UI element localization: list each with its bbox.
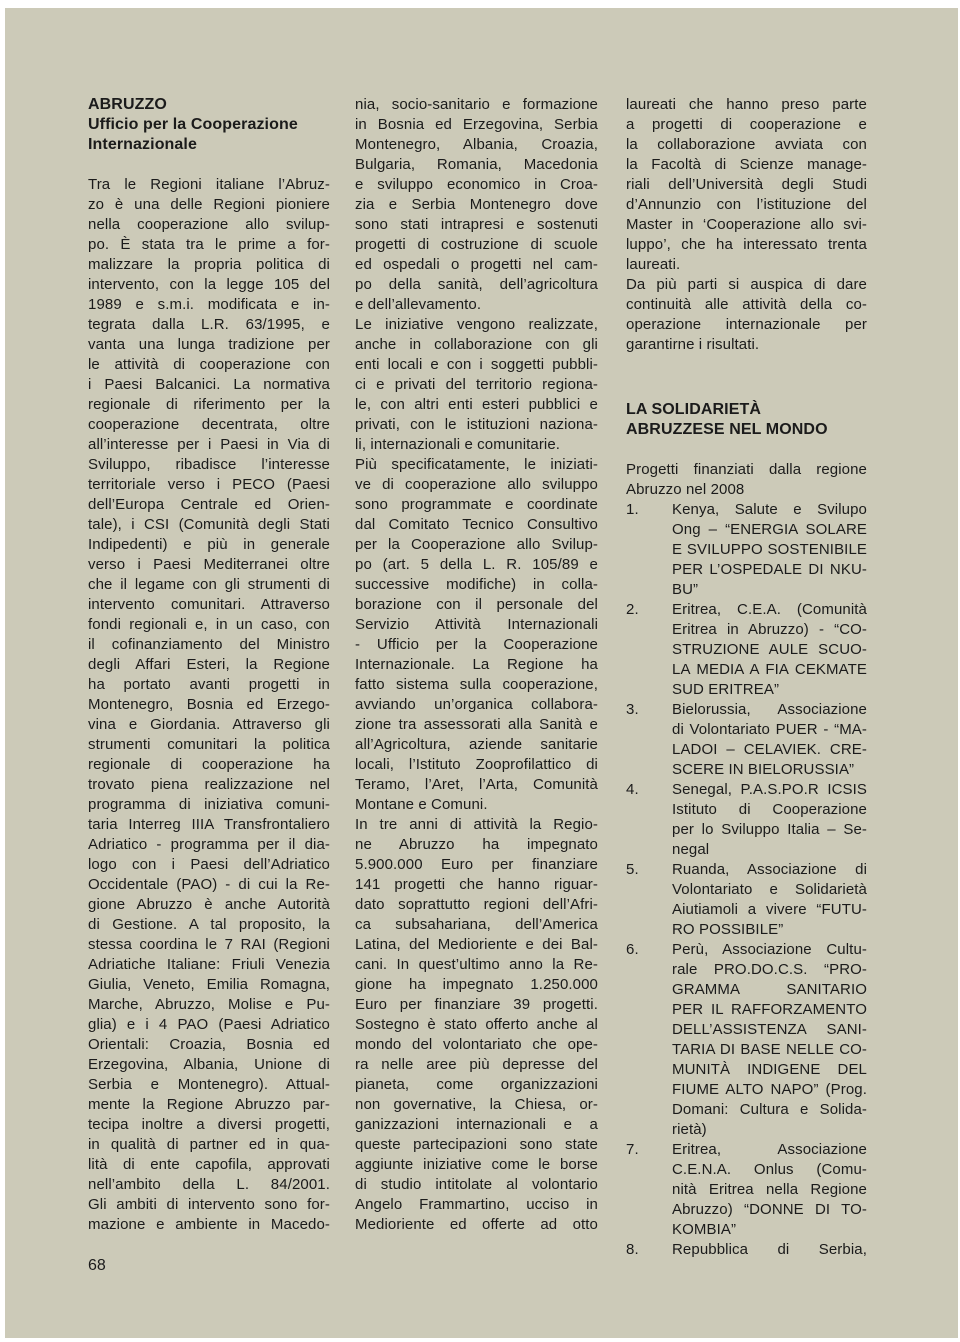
text-line: stessa coordina le 7 RAI (Regioni: [88, 935, 330, 955]
text-line: d’Annunzio con l’istituzione del: [626, 195, 867, 215]
text-line: LA MEDIA A FIA CEKMATE: [672, 660, 867, 680]
text-line: taria Interreg IIIA Transfrontaliero: [88, 815, 330, 835]
text-line: lità di ente capofila, approvati: [88, 1155, 330, 1175]
list-item-number: 8.: [626, 1240, 672, 1260]
text-column-1: ABRUZZOUfficio per la CooperazioneIntern…: [88, 95, 330, 1235]
text-line: Sostegno è stato offerto anche al: [355, 1015, 598, 1035]
text-line: sono stati intrapresi e sostenuti: [355, 215, 598, 235]
text-lines: Progetti finanziati dalla regioneAbruzzo…: [626, 460, 867, 500]
text-line: intervento comunitari. Attraverso: [88, 595, 330, 615]
text-line: locali, l’Istituto Zooprofilattico di: [355, 755, 598, 775]
text-line: Ong – “ENERGIA SOLARE: [672, 520, 867, 540]
text-line: rietà): [672, 1120, 867, 1140]
text-line: le attività di cooperazione con: [88, 355, 330, 375]
text-line: Abruzzo nel 2008: [626, 480, 867, 500]
text-line: laureati che hanno preso parte: [626, 95, 867, 115]
text-line: riali dell’Università degli Studi: [626, 175, 867, 195]
text-line: DELL’ASSISTENZA SANI-: [672, 1020, 867, 1040]
text-line: nità Eritrea nella Regione: [672, 1180, 867, 1200]
text-line: po (art. 5 della L. R. 105/89 e: [355, 555, 598, 575]
text-line: fondi regionali e, in un caso, con: [88, 615, 330, 635]
text-column-2: nia, socio-sanitario e formazionein Bosn…: [355, 95, 598, 1235]
list-item: 8.Repubblica di Serbia,: [626, 1240, 867, 1260]
text-lines: laureati che hanno preso partea progetti…: [626, 95, 867, 275]
text-line: logo con i Paesi dell’Adriatico: [88, 855, 330, 875]
text-line: pianeta, come organizzazioni: [355, 1075, 598, 1095]
list-item-number: 5.: [626, 860, 672, 940]
text-line: continuità alle attività della co-: [626, 295, 867, 315]
text-lines: LA SOLIDARIETÀABRUZZESE NEL MONDO: [626, 400, 867, 440]
text-line: in Bosnia ed Erzegovina, Serbia: [355, 115, 598, 135]
text-line: successive modifiche) in colla-: [355, 575, 598, 595]
text-line: mondo del volontariato che ope-: [355, 1035, 598, 1055]
text-line: Master in ‘Cooperazione allo svi-: [626, 215, 867, 235]
text-line: Domani: Cultura e Solida-: [672, 1100, 867, 1120]
text-line: tecipa inoltre a diversi progetti,: [88, 1115, 330, 1135]
text-line: Abruzzo) “DONNE DI TO-: [672, 1200, 867, 1220]
section-heading: LA SOLIDARIETÀABRUZZESE NEL MONDO: [626, 400, 867, 440]
text-line: all’Agricoltura, aziende sanitarie: [355, 735, 598, 755]
paragraph: In tre anni di attività la Regio-ne Abru…: [355, 815, 598, 1235]
text-line: zia e Serbia Montenegro dove: [355, 195, 598, 215]
text-line: strumenti comunitari la politica: [88, 735, 330, 755]
text-column-3: laureati che hanno preso partea progetti…: [626, 95, 867, 1260]
text-line: mente la Regione Abruzzo par-: [88, 1095, 330, 1115]
text-line: cooperazione decentrata, oltre: [88, 415, 330, 435]
paragraph: Le iniziative vengono realizzate,anche i…: [355, 315, 598, 455]
list-item-number: 1.: [626, 500, 672, 600]
text-line: Marche, Abruzzo, Molise e Pu-: [88, 995, 330, 1015]
paragraph: Tra le Regioni italiane l’Abruz-zo è una…: [88, 175, 330, 1235]
text-line: tale), i CSI (Comunità degli Stati: [88, 515, 330, 535]
text-line: STRUZIONE AULE SCUO-: [672, 640, 867, 660]
list-item-number: 6.: [626, 940, 672, 1140]
text-line: Le iniziative vengono realizzate,: [355, 315, 598, 335]
text-line: FIUME ALTO NAPO” (Prog.: [672, 1080, 867, 1100]
paragraph: Più specificatamente, le iniziati-ve di …: [355, 455, 598, 815]
text-line: aggiunte iniziative come le borse: [355, 1155, 598, 1175]
text-line: negal: [672, 840, 867, 860]
text-line: 5.900.000 Euro per finanziare: [355, 855, 598, 875]
text-line: territoriale verso i PECO (Paesi: [88, 475, 330, 495]
text-line: Teramo, l’Aret, l’Arta, Comunità: [355, 775, 598, 795]
list-item: 3.Bielorussia, Associazionedi Volontaria…: [626, 700, 867, 780]
list-item-number: 3.: [626, 700, 672, 780]
text-line: BU”: [672, 580, 867, 600]
text-line: operazione internazionale per: [626, 315, 867, 335]
text-lines: Perù, Associazione Cultu-rale PRO.DO.C.S…: [672, 940, 867, 1140]
text-line: i Paesi Balcanici. La normativa: [88, 375, 330, 395]
text-lines: Ruanda, Associazione diVolontariato e So…: [672, 860, 867, 940]
text-line: malizzare la propria politica di: [88, 255, 330, 275]
text-line: Volontariato e Solidarietà: [672, 880, 867, 900]
text-line: programma di iniziativa comuni-: [88, 795, 330, 815]
list-item: 1.Kenya, Salute e SvilupoOng – “ENERGIA …: [626, 500, 867, 600]
list-item-number: 2.: [626, 600, 672, 700]
text-lines: nia, socio-sanitario e formazionein Bosn…: [355, 95, 598, 315]
heading-line: LA SOLIDARIETÀ: [626, 400, 867, 420]
text-line: mazione e ambiente in Macedo-: [88, 1215, 330, 1235]
text-lines: Tra le Regioni italiane l’Abruz-zo è una…: [88, 175, 330, 1235]
text-line: degli Affari Esteri, la Regione: [88, 655, 330, 675]
text-line: Più specificatamente, le iniziati-: [355, 455, 598, 475]
heading-line: ABRUZZESE NEL MONDO: [626, 420, 867, 440]
text-line: Orientali: Croazia, Bosnia ed: [88, 1035, 330, 1055]
text-line: ne Abruzzo ha impegnato: [355, 835, 598, 855]
text-line: laureati.: [626, 255, 867, 275]
text-line: Adriatico - programma per il dia-: [88, 835, 330, 855]
text-line: Montenegro, Albania, Croazia,: [355, 135, 598, 155]
list-item-number: 4.: [626, 780, 672, 860]
text-line: di studio intitolate al volontario: [355, 1175, 598, 1195]
text-line: Medioriente ed offerte ad otto: [355, 1215, 598, 1235]
text-line: Eritrea, Associazione: [672, 1140, 867, 1160]
text-line: verso i Paesi Mediterranei oltre: [88, 555, 330, 575]
text-line: Sviluppo, ribadisce l’interesse: [88, 455, 330, 475]
list-item: 2.Eritrea, C.E.A. (ComunitàEritrea in Ab…: [626, 600, 867, 700]
text-line: Istituto di Cooperazione: [672, 800, 867, 820]
text-line: e sviluppo economico in Croa-: [355, 175, 598, 195]
text-line: PER IL RAFFORZAMENTO: [672, 1000, 867, 1020]
text-line: C.E.N.A. Onlus (Comu-: [672, 1160, 867, 1180]
text-line: per lo Sviluppo Italia – Se-: [672, 820, 867, 840]
text-line: 141 progetti che hanno riguar-: [355, 875, 598, 895]
text-line: dell’Europa Centrale ed Orien-: [88, 495, 330, 515]
text-line: Erzegovina, Albania, Unione di: [88, 1055, 330, 1075]
text-line: po della sanità, dell’agricoltura: [355, 275, 598, 295]
text-line: all’interesse per i Paesi in Via di: [88, 435, 330, 455]
page-number: 68: [88, 1256, 106, 1276]
text-line: enti locali e con i soggetti pubbli-: [355, 355, 598, 375]
text-line: Ruanda, Associazione di: [672, 860, 867, 880]
text-line: Montane e Comuni.: [355, 795, 598, 815]
text-line: Repubblica di Serbia,: [672, 1240, 867, 1260]
text-line: nia, socio-sanitario e formazione: [355, 95, 598, 115]
text-line: ra nelle aree più depresse del: [355, 1055, 598, 1075]
text-line: borazione con il personale del: [355, 595, 598, 615]
text-line: dal Comitato Tecnico Consultivo: [355, 515, 598, 535]
text-line: di Gestione. A tal proposito, la: [88, 915, 330, 935]
text-line: - Ufficio per la Cooperazione: [355, 635, 598, 655]
text-line: trovato piena realizzazione nel: [88, 775, 330, 795]
text-line: TARIA DI BASE NELLE CO-: [672, 1040, 867, 1060]
text-line: in qualità di partner ed in qua-: [88, 1135, 330, 1155]
text-line: Indipedenti) e più in generale: [88, 535, 330, 555]
text-line: zo è una delle Regioni pioniere: [88, 195, 330, 215]
text-line: dato soprattutto regioni dell’Afri-: [355, 895, 598, 915]
text-line: Kenya, Salute e Svilupo: [672, 500, 867, 520]
text-line: a progetti di cooperazione e: [626, 115, 867, 135]
text-line: glia) e i 4 PAO (Paesi Adriatico: [88, 1015, 330, 1035]
text-line: per la Cooperazione allo Svilup-: [355, 535, 598, 555]
text-line: progetti di costruzione di scuole: [355, 235, 598, 255]
text-line: nell’ambito della L. 84/2001.: [88, 1175, 330, 1195]
document-page: { "page": { "number": "68", "colors": { …: [0, 0, 960, 1342]
text-line: fatto sistema sulla cooperazione,: [355, 675, 598, 695]
text-lines: Bielorussia, Associazionedi Volontariato…: [672, 700, 867, 780]
text-line: SCERE IN BIELORUSSIA”: [672, 760, 867, 780]
text-line: Senegal, P.A.S.PO.R ICSIS: [672, 780, 867, 800]
text-line: Giulia, Veneto, Emilia Romagna,: [88, 975, 330, 995]
text-line: e dell’allevamento.: [355, 295, 598, 315]
list-item: 4.Senegal, P.A.S.PO.R ICSISIstituto di C…: [626, 780, 867, 860]
list-item: 6.Perù, Associazione Cultu-rale PRO.DO.C…: [626, 940, 867, 1140]
text-line: intervento, con la legge 105 del: [88, 275, 330, 295]
text-lines: In tre anni di attività la Regio-ne Abru…: [355, 815, 598, 1235]
text-line: regionale di cooperazione ha: [88, 755, 330, 775]
text-line: che il legame con gli strumenti di: [88, 575, 330, 595]
heading-line: Ufficio per la Cooperazione: [88, 115, 330, 135]
text-line: vanta una lunga tradizione per: [88, 335, 330, 355]
text-line: Servizio Attività Internazionali: [355, 615, 598, 635]
text-line: Perù, Associazione Cultu-: [672, 940, 867, 960]
text-line: nella cooperazione allo svilup-: [88, 215, 330, 235]
text-line: avviando un’organica collabora-: [355, 695, 598, 715]
text-line: ha portato avanti progetti in: [88, 675, 330, 695]
text-lines: Più specificatamente, le iniziati-ve di …: [355, 455, 598, 815]
text-lines: Senegal, P.A.S.PO.R ICSISIstituto di Coo…: [672, 780, 867, 860]
text-line: anche in collaborazione con gli: [355, 335, 598, 355]
text-line: SUD ERITREA”: [672, 680, 867, 700]
text-line: Eritrea in Abruzzo) - “CO-: [672, 620, 867, 640]
heading-line: Internazionale: [88, 135, 330, 155]
list-item: 7.Eritrea, AssociazioneC.E.N.A. Onlus (C…: [626, 1140, 867, 1240]
text-line: Eritrea, C.E.A. (Comunità: [672, 600, 867, 620]
text-lines: Le iniziative vengono realizzate,anche i…: [355, 315, 598, 455]
text-line: le, con altri enti esteri pubblici e: [355, 395, 598, 415]
text-line: Serbia e Montenegro). Attual-: [88, 1075, 330, 1095]
text-line: Aiutiamoli a vivere “FUTU-: [672, 900, 867, 920]
text-line: Gli ambiti di intervento sono for-: [88, 1195, 330, 1215]
text-line: Adriatiche Italiane: Friuli Venezia: [88, 955, 330, 975]
text-line: non governative, la Chiesa, or-: [355, 1095, 598, 1115]
text-line: queste partecipazioni sono state: [355, 1135, 598, 1155]
text-line: li, internazionali e comunitarie.: [355, 435, 598, 455]
text-line: tegrata dalla L.R. 63/1995, e: [88, 315, 330, 335]
text-line: ca subsahariana, dell’America: [355, 915, 598, 935]
text-line: ed ospedali o progetti nel cam-: [355, 255, 598, 275]
text-line: Angelo Frammartino, ucciso in: [355, 1195, 598, 1215]
text-line: Montenegro, Bosnia ed Erzego-: [88, 695, 330, 715]
text-line: ganizzazioni internazionali e a: [355, 1115, 598, 1135]
text-line: PER L’OSPEDALE DI NKU-: [672, 560, 867, 580]
text-line: gione Abruzzo è anche Autorità: [88, 895, 330, 915]
text-line: privati, con le istituzioni naziona-: [355, 415, 598, 435]
text-line: po. È stata tra le prime a for-: [88, 235, 330, 255]
text-line: KOMBIA”: [672, 1220, 867, 1240]
text-lines: Eritrea, AssociazioneC.E.N.A. Onlus (Com…: [672, 1140, 867, 1240]
text-line: cani. In quest’ultimo anno la Re-: [355, 955, 598, 975]
text-line: E SVILUPPO SOSTENIBILE: [672, 540, 867, 560]
text-line: sono programmate e coordinate: [355, 495, 598, 515]
text-lines: Kenya, Salute e SvilupoOng – “ENERGIA SO…: [672, 500, 867, 600]
text-line: Internazionale. La Regione ha: [355, 655, 598, 675]
text-line: Da più parti si auspica di dare: [626, 275, 867, 295]
text-line: MUNITÀ INDIGENE DEL: [672, 1060, 867, 1080]
text-line: GRAMMA SANITARIO: [672, 980, 867, 1000]
text-line: Euro per finanziare 39 progetti.: [355, 995, 598, 1015]
list-item-number: 7.: [626, 1140, 672, 1240]
text-line: Tra le Regioni italiane l’Abruz-: [88, 175, 330, 195]
text-line: 1989 e s.m.i. modificata e in-: [88, 295, 330, 315]
list-item: 5.Ruanda, Associazione diVolontariato e …: [626, 860, 867, 940]
text-lines: Repubblica di Serbia,: [672, 1240, 867, 1260]
text-line: Latina, del Medioriente e dei Bal-: [355, 935, 598, 955]
text-line: garantirne i risultati.: [626, 335, 867, 355]
text-lines: Eritrea, C.E.A. (ComunitàEritrea in Abru…: [672, 600, 867, 700]
text-line: gione ha impegnato 1.250.000: [355, 975, 598, 995]
text-line: vina e Giordania. Attraverso gli: [88, 715, 330, 735]
text-lines: ABRUZZOUfficio per la CooperazioneIntern…: [88, 95, 330, 155]
text-line: la Facoltà di Scienze manage-: [626, 155, 867, 175]
section-heading: ABRUZZOUfficio per la CooperazioneIntern…: [88, 95, 330, 155]
paragraph: laureati che hanno preso partea progetti…: [626, 95, 867, 275]
text-line: zione tra assessorati alla Sanità e: [355, 715, 598, 735]
text-lines: Da più parti si auspica di darecontinuit…: [626, 275, 867, 355]
text-line: ci e privati del territorio regiona-: [355, 375, 598, 395]
text-line: di Volontariato PUER - “MA-: [672, 720, 867, 740]
text-line: ve di cooperazione allo sviluppo: [355, 475, 598, 495]
paragraph: Da più parti si auspica di darecontinuit…: [626, 275, 867, 355]
paragraph: Progetti finanziati dalla regioneAbruzzo…: [626, 460, 867, 500]
paragraph: nia, socio-sanitario e formazionein Bosn…: [355, 95, 598, 315]
text-line: luppo’, che ha interessato trenta: [626, 235, 867, 255]
text-line: il cofinanziamento del Ministro: [88, 635, 330, 655]
text-line: Bulgaria, Romania, Macedonia: [355, 155, 598, 175]
text-line: LADOI – CELAVIEK. CRE-: [672, 740, 867, 760]
text-line: Bielorussia, Associazione: [672, 700, 867, 720]
heading-line: ABRUZZO: [88, 95, 330, 115]
text-line: RO POSSIBILE”: [672, 920, 867, 940]
text-line: regionale di riferimento per la: [88, 395, 330, 415]
text-line: rale PRO.DO.C.S. “PRO-: [672, 960, 867, 980]
text-line: Occidentale (PAO) - di cui la Re-: [88, 875, 330, 895]
text-line: la collaborazione avviata con: [626, 135, 867, 155]
text-line: In tre anni di attività la Regio-: [355, 815, 598, 835]
text-line: Progetti finanziati dalla regione: [626, 460, 867, 480]
